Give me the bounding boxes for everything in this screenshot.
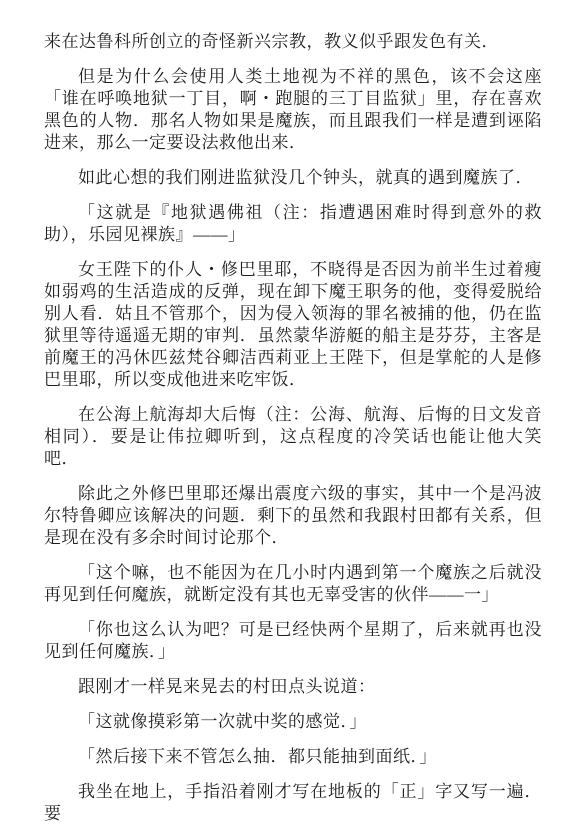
paragraph-1: 来在达鲁科所创立的奇怪新兴宗教，教义似乎跟发色有关． (44, 31, 542, 53)
paragraph-10: 跟刚才一样晃来晃去的村田点头说道： (44, 676, 542, 698)
paragraph-11-dialogue: 「这就像摸彩第一次就中奖的感觉．」 (44, 711, 542, 733)
paragraph-8-dialogue: 「这个嘛，也不能因为在几小时内遇到第一个魔族之后就没再见到任何魔族，就断定没有其… (44, 562, 542, 606)
paragraph-13: 我坐在地上，手指沿着刚才写在地板的「正」字又写一遍．要 (44, 781, 542, 825)
document-page: 来在达鲁科所创立的奇怪新兴宗教，教义似乎跟发色有关． 但是为什么会使用人类土地视… (0, 0, 583, 828)
paragraph-6: 在公海上航海却大后悔（注：公海、航海、后悔的日文发音相同）．要是让伟拉卿听到，这… (44, 404, 542, 470)
paragraph-12-dialogue: 「然后接下来不管怎么抽．都只能抽到面纸．」 (44, 746, 542, 768)
paragraph-9-dialogue: 「你也这么认为吧？可是已经快两个星期了，后来就再也没见到任何魔族．」 (44, 619, 542, 663)
body-text: 来在达鲁科所创立的奇怪新兴宗教，教义似乎跟发色有关． 但是为什么会使用人类土地视… (44, 31, 542, 825)
paragraph-7: 除此之外修巴里耶还爆出震度六级的事实，其中一个是冯波尔特鲁卿应该解决的问题．剩下… (44, 483, 542, 549)
paragraph-5: 女王陛下的仆人・修巴里耶，不晓得是否因为前半生过着瘦如弱鸡的生活造成的反弹，现在… (44, 259, 542, 391)
paragraph-3: 如此心想的我们刚进监狱没几个钟头，就真的遇到魔族了． (44, 167, 542, 189)
paragraph-2: 但是为什么会使用人类土地视为不祥的黑色，该不会这座「谁在呼唤地狱一丁目，啊・跑腿… (44, 66, 542, 154)
paragraph-4-dialogue: 「这就是『地狱遇佛祖（注：指遭遇困难时得到意外的救助），乐园见裸族』——」 (44, 202, 542, 246)
